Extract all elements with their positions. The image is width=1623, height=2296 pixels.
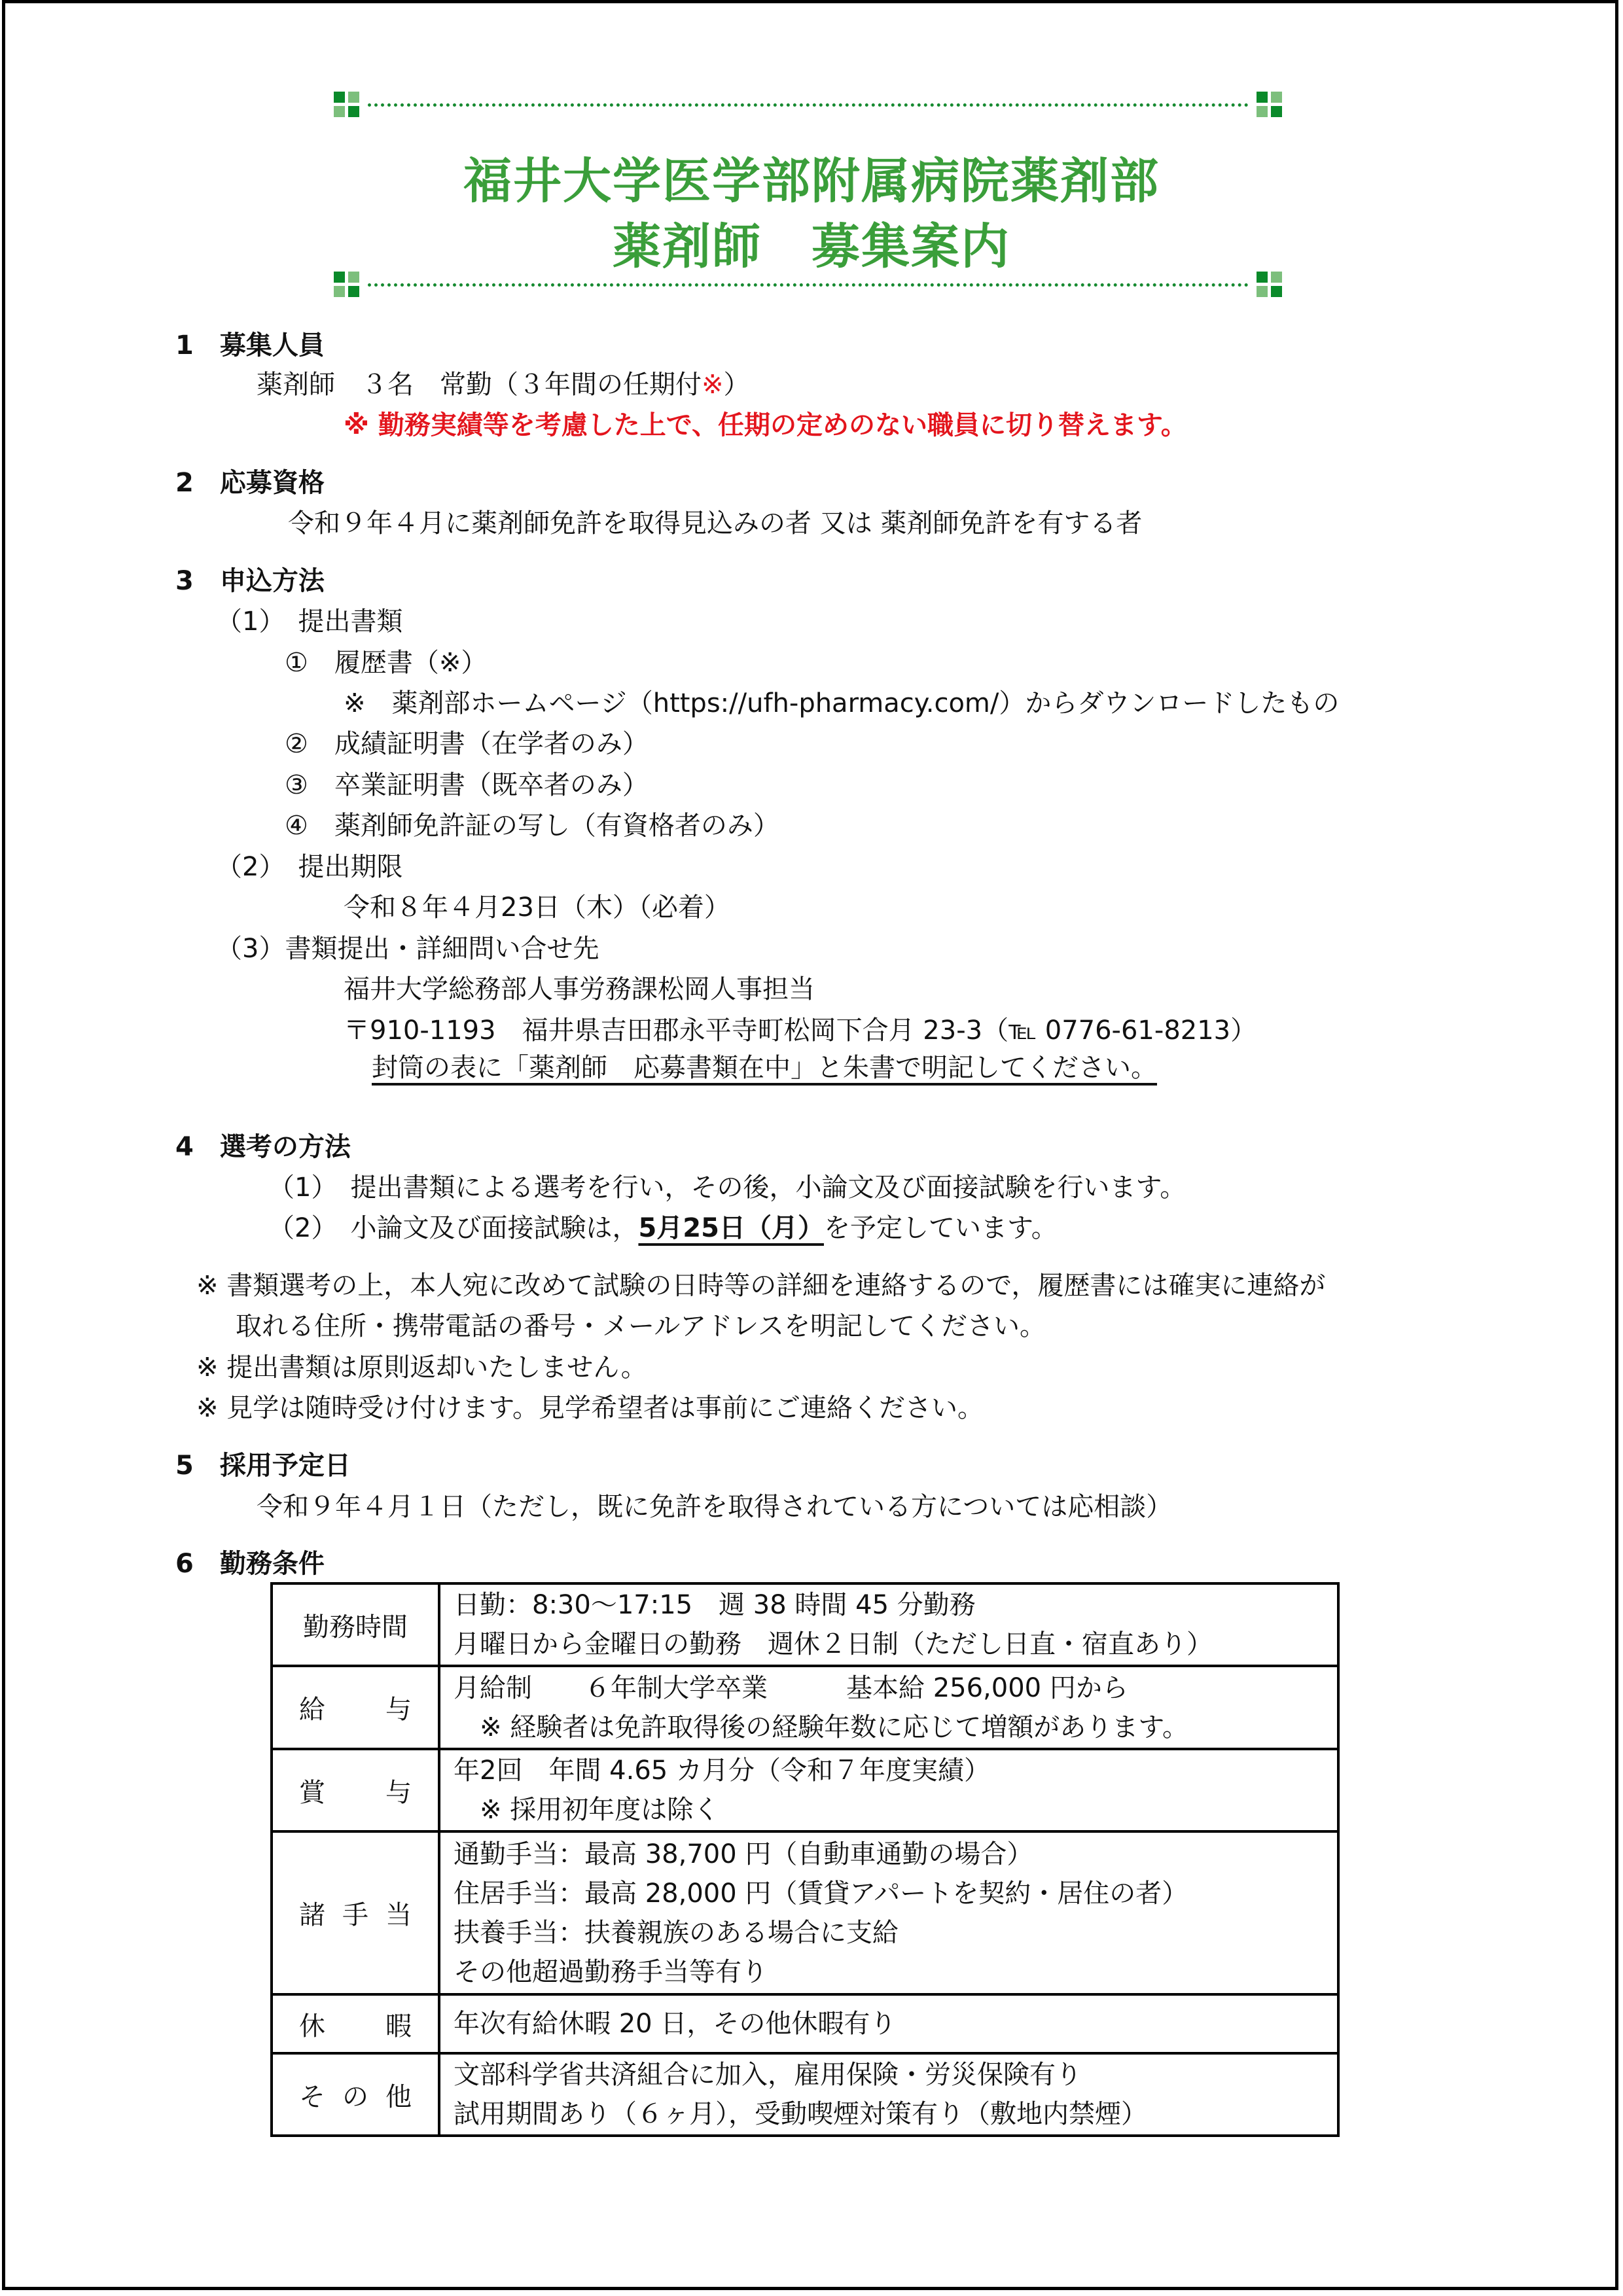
- deadline-date: 令和８年４月23日（木）（必着）: [344, 894, 730, 921]
- label-text: そ: [299, 2076, 325, 2113]
- label-text: 当: [385, 1894, 412, 1932]
- section-heading-selection: 4 選考の方法: [175, 1134, 351, 1160]
- label-text: 暇: [385, 2005, 412, 2043]
- row-value: 年次有給休暇 20 日，その他休暇有り: [439, 1994, 1338, 2053]
- section-heading-application: 3 申込方法: [175, 568, 325, 594]
- row-label-bonus: 賞与: [272, 1749, 439, 1831]
- section-heading-start-date: 5 採用予定日: [175, 1453, 351, 1479]
- selection-note: ※ 提出書類は原則返却いたしません。: [196, 1354, 647, 1381]
- value-line: 通勤手当：最高 38,700 円（自動車通勤の場合）: [454, 1835, 1337, 1874]
- qualification-text: 令和９年４月に薬剤師免許を取得見込みの者 又は 薬剤師免許を有する者: [288, 510, 1142, 537]
- decoration-bottom: [334, 272, 1283, 298]
- row-label-allowances: 諸手当: [272, 1831, 439, 1994]
- document-item: ③ 卒業証明書（既卒者のみ）: [285, 772, 649, 798]
- value-line: 月曜日から金曜日の勤務 週休２日制（ただし日直・宿直あり）: [454, 1625, 1337, 1664]
- envelope-note: 封筒の表に「薬剤師 応募書類在中」と朱書で明記してください。: [372, 1055, 1157, 1081]
- table-row: 給与 月給制 ６年制大学卒業 基本給 256,000 円から ※ 経験者は免許取…: [272, 1666, 1338, 1749]
- subsection-documents: （1） 提出書類: [216, 609, 402, 635]
- contact-address: 〒910-1193 福井県吉田郡永平寺町松岡下合月 23-3（℡ 0776-61…: [344, 1017, 1257, 1044]
- dotted-divider: [368, 283, 1249, 287]
- value-line: 試用期間あり（６ヶ月），受動喫煙対策有り（敷地内禁煙）: [454, 2094, 1337, 2134]
- label-text: 諸: [299, 1894, 325, 1932]
- recruitment-text: 薬剤師 ３名 常勤（３年間の任期付: [257, 370, 702, 400]
- note-mark: ※: [702, 370, 724, 400]
- selection-step-2: （2） 小論文及び面接試験は，5月25日（月）を予定しています。: [268, 1215, 1058, 1241]
- value-line: ※ 採用初年度は除く: [454, 1790, 1337, 1829]
- value-line: 扶養手当：扶養親族のある場合に支給: [454, 1913, 1337, 1952]
- page-title-line1: 福井大学医学部附属病院薬剤部: [0, 143, 1623, 212]
- document-item: ② 成績証明書（在学者のみ）: [285, 731, 649, 757]
- label-text: 給: [299, 1689, 325, 1726]
- label-text: 与: [385, 1772, 412, 1809]
- row-label-leave: 休暇: [272, 1994, 439, 2053]
- document-item: ① 履歴書（※）: [285, 650, 487, 676]
- table-row: 諸手当 通勤手当：最高 38,700 円（自動車通勤の場合） 住居手当：最高 2…: [272, 1831, 1338, 1994]
- value-line: 住居手当：最高 28,000 円（賃貸アパートを契約・居住の者）: [454, 1874, 1337, 1913]
- row-value: 文部科学省共済組合に加入，雇用保険・労災保険有り 試用期間あり（６ヶ月），受動喫…: [439, 2053, 1338, 2136]
- label-text: 他: [385, 2076, 412, 2113]
- corner-squares-icon: [334, 92, 360, 118]
- exam-date: 5月25日（月）: [638, 1213, 824, 1243]
- value-line: 日勤：8:30～17:15 週 38 時間 45 分勤務: [454, 1585, 1337, 1625]
- label-text: 与: [385, 1689, 412, 1726]
- subsection-contact: （3）書類提出・詳細問い合せ先: [216, 936, 599, 962]
- value-line: その他超過勤務手当等有り: [454, 1952, 1337, 1992]
- value-line: 年次有給休暇 20 日，その他休暇有り: [454, 2004, 1337, 2043]
- table-row: 休暇 年次有給休暇 20 日，その他休暇有り: [272, 1994, 1338, 2053]
- row-value: 日勤：8:30～17:15 週 38 時間 45 分勤務 月曜日から金曜日の勤務…: [439, 1583, 1338, 1666]
- corner-squares-icon: [1257, 92, 1283, 118]
- contact-organization: 福井大学総務部人事労務課松岡人事担当: [344, 976, 815, 1002]
- section-heading-recruitment: 1 募集人員: [175, 332, 325, 359]
- row-label-salary: 給与: [272, 1666, 439, 1749]
- row-value: 通勤手当：最高 38,700 円（自動車通勤の場合） 住居手当：最高 28,00…: [439, 1831, 1338, 1994]
- tenure-note: ※ 勤務実績等を考慮した上で、任期の定めのない職員に切り替えます。: [344, 412, 1187, 438]
- corner-squares-icon: [334, 272, 360, 298]
- label-text: の: [342, 2076, 368, 2113]
- document-item: ④ 薬剤師免許証の写し（有資格者のみ）: [285, 813, 779, 839]
- section-heading-qualification: 2 応募資格: [175, 470, 325, 496]
- table-row: その他 文部科学省共済組合に加入，雇用保険・労災保険有り 試用期間あり（６ヶ月）…: [272, 2053, 1338, 2136]
- recruitment-text-end: ）: [724, 370, 750, 400]
- row-value: 年2回 年間 4.65 カ月分（令和７年度実績） ※ 採用初年度は除く: [439, 1749, 1338, 1831]
- document-download-note: ※ 薬剤部ホームページ（https://ufh-pharmacy.com/）から…: [344, 690, 1339, 716]
- label-text: 勤務時間: [303, 1612, 408, 1642]
- label-text: 手: [342, 1894, 368, 1932]
- selection-note: ※ 書類選考の上，本人宛に改めて試験の日時等の詳細を連絡するので，履歴書には確実…: [196, 1273, 1325, 1299]
- selection-step-2-text: （2） 小論文及び面接試験は，: [268, 1213, 638, 1243]
- decoration-top: [334, 92, 1283, 118]
- corner-squares-icon: [1257, 272, 1283, 298]
- recruitment-count: 薬剤師 ３名 常勤（３年間の任期付※）: [257, 372, 750, 398]
- selection-step-1: （1） 提出書類による選考を行い，その後，小論文及び面接試験を行います。: [268, 1174, 1186, 1201]
- value-line: 年2回 年間 4.65 カ月分（令和７年度実績）: [454, 1751, 1337, 1790]
- selection-step-2-end: を予定しています。: [824, 1213, 1058, 1243]
- selection-note: ※ 見学は随時受け付けます。見学希望者は事前にご連絡ください。: [196, 1395, 984, 1421]
- label-text: 休: [299, 2005, 325, 2043]
- table-row: 賞与 年2回 年間 4.65 カ月分（令和７年度実績） ※ 採用初年度は除く: [272, 1749, 1338, 1831]
- table-row: 勤務時間 日勤：8:30～17:15 週 38 時間 45 分勤務 月曜日から金…: [272, 1583, 1338, 1666]
- dotted-divider: [368, 103, 1249, 107]
- value-line: 月給制 ６年制大学卒業 基本給 256,000 円から: [454, 1669, 1337, 1708]
- start-date-text: 令和９年４月１日（ただし，既に免許を取得されている方については応相談）: [257, 1494, 1172, 1520]
- subsection-deadline: （2） 提出期限: [216, 854, 402, 880]
- section-heading-conditions: 6 勤務条件: [175, 1551, 325, 1577]
- conditions-table: 勤務時間 日勤：8:30～17:15 週 38 時間 45 分勤務 月曜日から金…: [270, 1582, 1340, 2137]
- label-text: 賞: [299, 1772, 325, 1809]
- value-line: 文部科学省共済組合に加入，雇用保険・労災保険有り: [454, 2055, 1337, 2094]
- value-line: ※ 経験者は免許取得後の経験年数に応じて増額があります。: [454, 1708, 1337, 1747]
- row-label-other: その他: [272, 2053, 439, 2136]
- selection-note-cont: 取れる住所・携帯電話の番号・メールアドレスを明記してください。: [236, 1313, 1046, 1339]
- row-value: 月給制 ６年制大学卒業 基本給 256,000 円から ※ 経験者は免許取得後の…: [439, 1666, 1338, 1749]
- page-title-line2: 薬剤師 募集案内: [0, 208, 1623, 277]
- row-label-hours: 勤務時間: [272, 1583, 439, 1666]
